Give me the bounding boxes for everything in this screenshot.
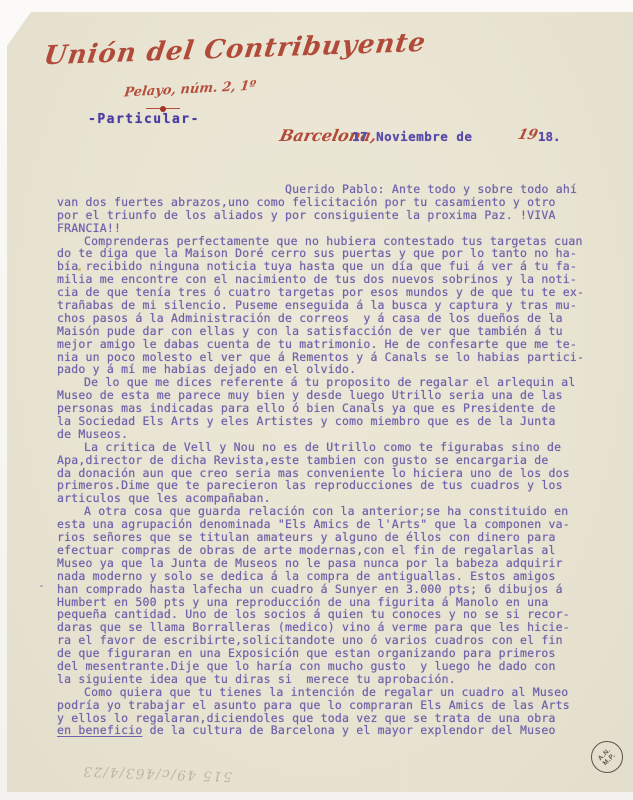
letter-line: FRANCIA!!: [57, 222, 602, 235]
letter-line: del mesentrante.Dije que lo haría con mu…: [57, 660, 602, 673]
letter-line: Querido Pablo: Ante todo y sobre todo ah…: [57, 183, 602, 196]
letter-line: han comprado hasta lafecha un cuadro á S…: [57, 583, 602, 596]
dateline-year-printed: 19: [516, 127, 539, 143]
letter-line: Apa,director de dicha Revista,este tambi…: [57, 454, 602, 467]
letter-line: efectuar compras de obras de arte modern…: [57, 544, 602, 557]
dateline: Barcelona, 17 Noviembre de 19 18.: [280, 126, 620, 148]
letter-line: van dos fuertes abrazos,uno como felicit…: [57, 196, 602, 209]
letter-line: de Museos.: [57, 428, 602, 441]
letter-line: Como quiera que tu tienes la intención d…: [57, 686, 602, 699]
letter-line: la Sociedad Els Arts y eles Artistes y c…: [57, 415, 602, 428]
letter-line: trañabas de mi silencio. Puseme enseguid…: [57, 299, 602, 312]
letter-line: rios señores que se titulan amateurs y a…: [57, 531, 602, 544]
letter-line: Maisón pude dar con ellas y con la satis…: [57, 325, 602, 338]
letter-line: mejor amigo le dabas cuenta de tu matrim…: [57, 338, 602, 351]
letter-line: por el triunfo de los aliados y por cons…: [57, 209, 602, 222]
letter-line: nada moderno y solo se dedica á la compr…: [57, 570, 602, 583]
letter-line: chos pasos á la Administración de correo…: [57, 312, 602, 325]
letter-line: la siguiente idea que tu diras si merece…: [57, 673, 602, 686]
dateline-year-typed: 18.: [538, 129, 561, 144]
paper-speck: [40, 585, 43, 587]
dateline-date-typed: 17 Noviembre de: [352, 129, 472, 144]
letter-line: podría yo trabajar el asunto para que lo…: [57, 699, 602, 712]
private-label: -Particular-: [88, 112, 200, 127]
letter-body: Querido Pablo: Ante todo y sobre todo ah…: [57, 183, 602, 737]
letter-line: en beneficio de la cultura de Barcelona …: [57, 724, 602, 737]
paper-speck: [78, 268, 81, 271]
letter-line: La critica de Vell y Nou no es de Utrill…: [57, 441, 602, 454]
letter-line: Museo ya que la Junta de Museos no le pa…: [57, 557, 602, 570]
